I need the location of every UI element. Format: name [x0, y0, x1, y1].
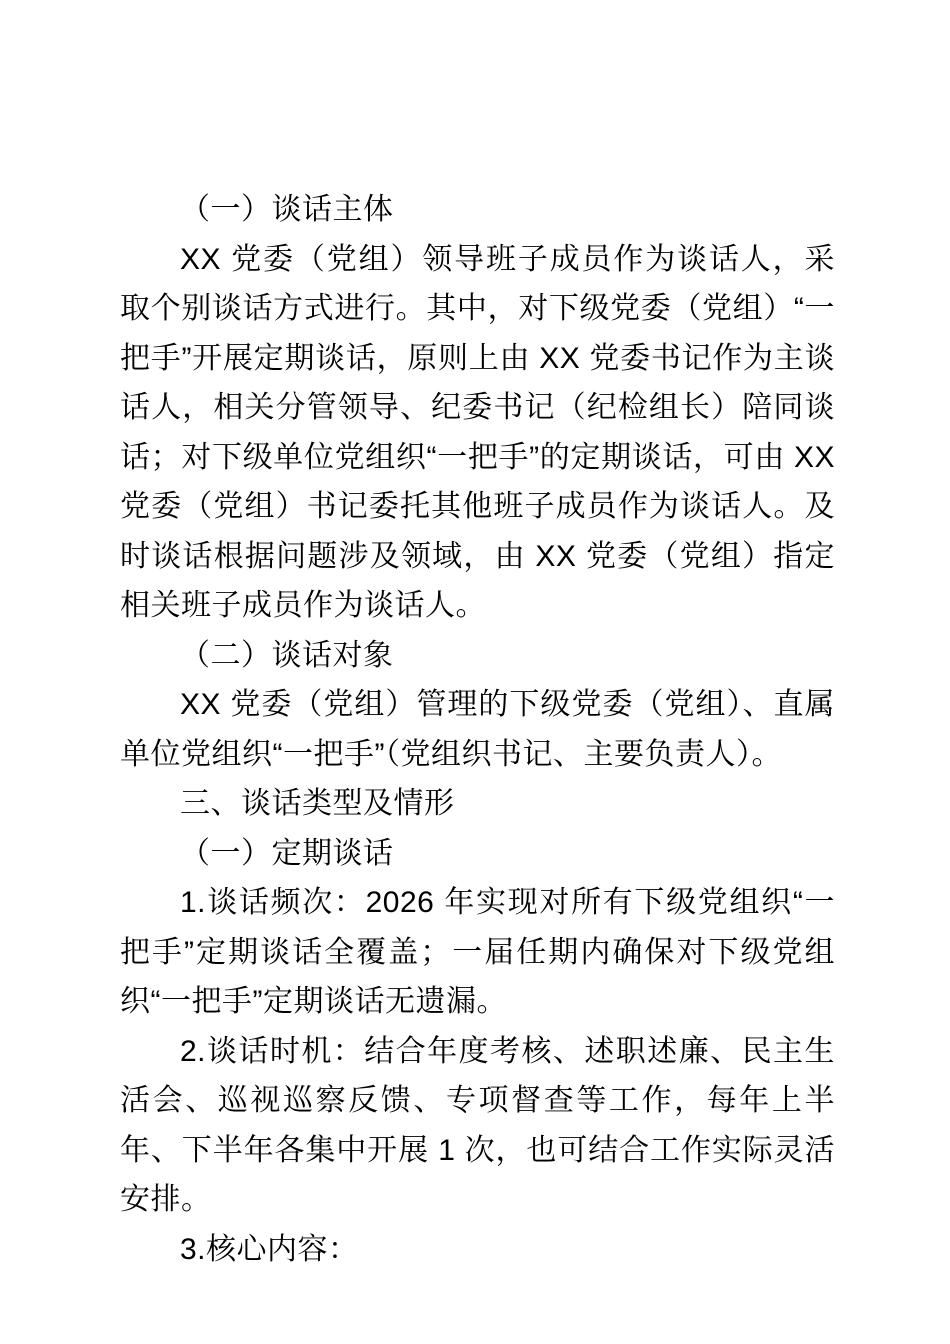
heading-talk-subject: （一）谈话主体: [120, 185, 835, 235]
document-page: （一）谈话主体 XX 党委（党组）领导班子成员作为谈话人，采取个别谈话方式进行。…: [0, 0, 950, 1344]
paragraph-talk-timing: 2.谈话时机：结合年度考核、述职述廉、民主生活会、巡视巡察反馈、专项督查等工作，…: [120, 1027, 835, 1225]
heading-talk-types: 三、谈话类型及情形: [120, 779, 835, 829]
paragraph-core-content: 3.核心内容：: [120, 1225, 835, 1275]
paragraph-talk-target-detail: XX 党委（党组）管理的下级党委（党组）、直属单位党组织“一把手”（党组织书记、…: [120, 680, 835, 779]
heading-talk-target: （二）谈话对象: [120, 631, 835, 681]
paragraph-talk-subject-detail: XX 党委（党组）领导班子成员作为谈话人，采取个别谈话方式进行。其中，对下级党委…: [120, 235, 835, 631]
paragraph-talk-frequency: 1.谈话频次：2026 年实现对所有下级党组织“一把手”定期谈话全覆盖；一届任期…: [120, 878, 835, 1027]
heading-regular-talk: （一）定期谈话: [120, 829, 835, 879]
document-body: （一）谈话主体 XX 党委（党组）领导班子成员作为谈话人，采取个别谈话方式进行。…: [120, 185, 835, 1274]
